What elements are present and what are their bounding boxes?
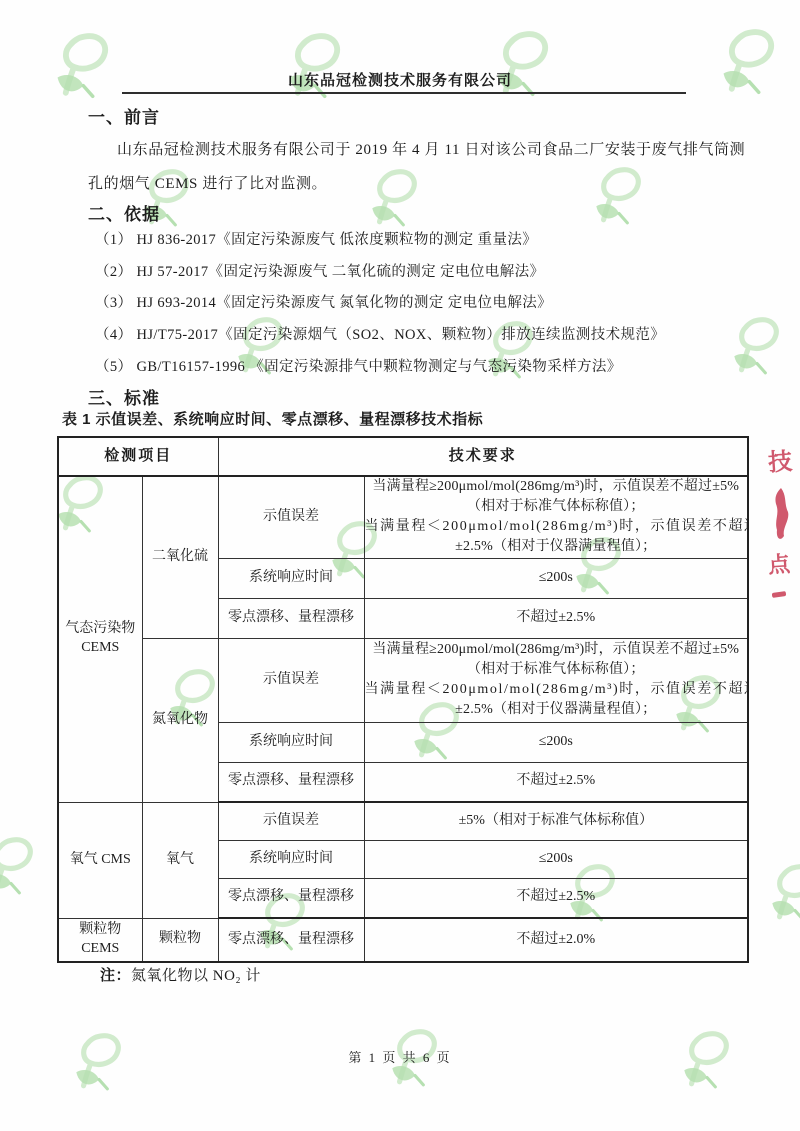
category-gaseous-line2: CEMS [59, 639, 142, 658]
table-note: 注：氮氧化物以 NO₂ 计 [100, 964, 261, 985]
cell-category-oxygen: 氧气 CMS [58, 802, 142, 918]
cell-so2-drift-label: 零点漂移、量程漂移 [218, 598, 364, 638]
cell-oxygen-error-label: 示值误差 [218, 802, 364, 840]
reference-item-4: （4） HJ/T75-2017《固定污染源烟气（SO2、NOX、颗粒物）排放连续… [95, 323, 665, 344]
leaf-p-logo-icon [282, 33, 344, 101]
so2-error-line2: （相对于标准气体标称值）； [365, 497, 748, 517]
cell-so2-drift-value: 不超过±2.5% [364, 598, 748, 638]
cell-so2-response-label: 系统响应时间 [218, 558, 364, 598]
cell-category-gaseous: 气态污染物 CEMS [58, 476, 142, 802]
table-header-items: 检测项目 [58, 437, 218, 476]
preface-paragraph-line2: 孔的烟气 CEMS 进行了比对监测。 [88, 172, 327, 193]
category-gaseous-line1: 气态污染物 [59, 620, 142, 639]
cell-nox-response-label: 系统响应时间 [218, 722, 364, 762]
nox-error-line3: 当满量程＜200μmol/mol(286mg/m³)时，示值误差不超过 [365, 680, 748, 700]
stamp-fragment: 技 点 [764, 436, 800, 611]
nox-error-line1: 当满量程≥200μmol/mol(286mg/m³)时，示值误差不超过±5% [365, 640, 748, 660]
stamp-char-1: 技 [767, 441, 793, 478]
stamp-dash [772, 591, 787, 598]
cell-so2-name: 二氧化硫 [142, 476, 218, 638]
cell-pm-drift-value: 不超过±2.0% [364, 918, 748, 962]
leaf-p-logo-icon [766, 864, 800, 924]
cell-oxygen-response-value: ≤200s [364, 840, 748, 878]
leaf-p-logo-icon [728, 317, 782, 377]
cell-nox-name: 氮氧化物 [142, 638, 218, 802]
leaf-p-logo-icon [366, 169, 420, 229]
note-label: 注： [100, 967, 131, 984]
header-rule [122, 92, 686, 94]
page-number: 第 1 页 共 6 页 [0, 1047, 800, 1066]
so2-error-line3: 当满量程＜200μmol/mol(286mg/m³)时，示值误差不超过 [365, 517, 748, 537]
nox-error-line2: （相对于标准气体标称值）； [365, 660, 748, 680]
cell-pm-drift-label: 零点漂移、量程漂移 [218, 918, 364, 962]
table-header-requirements: 技术要求 [218, 437, 748, 476]
reference-item-2: （2） HJ 57-2017《固定污染源废气 二氧化硫的测定 定电位电解法》 [95, 260, 544, 281]
cell-oxygen-drift-label: 零点漂移、量程漂移 [218, 878, 364, 918]
section-heading-basis: 二、依据 [88, 200, 160, 225]
leaf-p-logo-icon [50, 33, 112, 101]
so2-error-line4: ±2.5%（相对于仪器满量程值）； [365, 537, 748, 557]
leaf-p-logo-icon [0, 837, 36, 897]
stamp-blob-icon [772, 488, 790, 544]
so2-error-line1: 当满量程≥200μmol/mol(286mg/m³)时，示值误差不超过±5% [365, 477, 748, 497]
preface-paragraph-line1: 山东品冠检测技术服务有限公司于 2019 年 4 月 11 日对该公司食品二厂安… [117, 138, 745, 159]
cell-nox-drift-label: 零点漂移、量程漂移 [218, 762, 364, 802]
cell-so2-response-value: ≤200s [364, 558, 748, 598]
cell-nox-error-requirement: 当满量程≥200μmol/mol(286mg/m³)时，示值误差不超过±5% （… [364, 638, 748, 722]
category-pm-line1: 颗粒物 [59, 921, 142, 940]
leaf-p-logo-icon [590, 167, 644, 227]
cell-oxygen-error-value: ±5%（相对于标准气体标称值） [364, 802, 748, 840]
reference-item-1: （1） HJ 836-2017《固定污染源废气 低浓度颗粒物的测定 重量法》 [95, 228, 537, 249]
company-header: 山东品冠检测技术服务有限公司 [0, 69, 800, 90]
section-heading-preface: 一、前言 [88, 103, 160, 128]
cell-oxygen-drift-value: 不超过±2.5% [364, 878, 748, 918]
table-caption: 表 1 示值误差、系统响应时间、零点漂移、量程漂移技术指标 [62, 408, 483, 429]
spec-table: 检测项目 技术要求 气态污染物 CEMS 二氧化硫 示值误差 当满量程≥200μ… [57, 436, 749, 963]
cell-so2-error-label: 示值误差 [218, 476, 364, 558]
nox-error-line4: ±2.5%（相对于仪器满量程值）； [365, 700, 748, 720]
reference-item-5: （5） GB/T16157-1996 《固定污染源排气中颗粒物测定与气态污染物采… [95, 355, 622, 376]
cell-oxygen-response-label: 系统响应时间 [218, 840, 364, 878]
cell-category-pm: 颗粒物 CEMS [58, 918, 142, 962]
cell-nox-drift-value: 不超过±2.5% [364, 762, 748, 802]
cell-pm-name: 颗粒物 [142, 918, 218, 962]
stamp-char-2: 点 [767, 547, 791, 579]
cell-nox-response-value: ≤200s [364, 722, 748, 762]
note-text: 氮氧化物以 NO₂ 计 [131, 968, 261, 984]
reference-item-3: （3） HJ 693-2014《固定污染源废气 氮氧化物的测定 定电位电解法》 [95, 291, 552, 312]
cell-so2-error-requirement: 当满量程≥200μmol/mol(286mg/m³)时，示值误差不超过±5% （… [364, 476, 748, 558]
section-heading-standard: 三、标准 [88, 384, 160, 409]
cell-oxygen-name: 氧气 [142, 802, 218, 918]
category-pm-line2: CEMS [59, 940, 142, 959]
cell-nox-error-label: 示值误差 [218, 638, 364, 722]
